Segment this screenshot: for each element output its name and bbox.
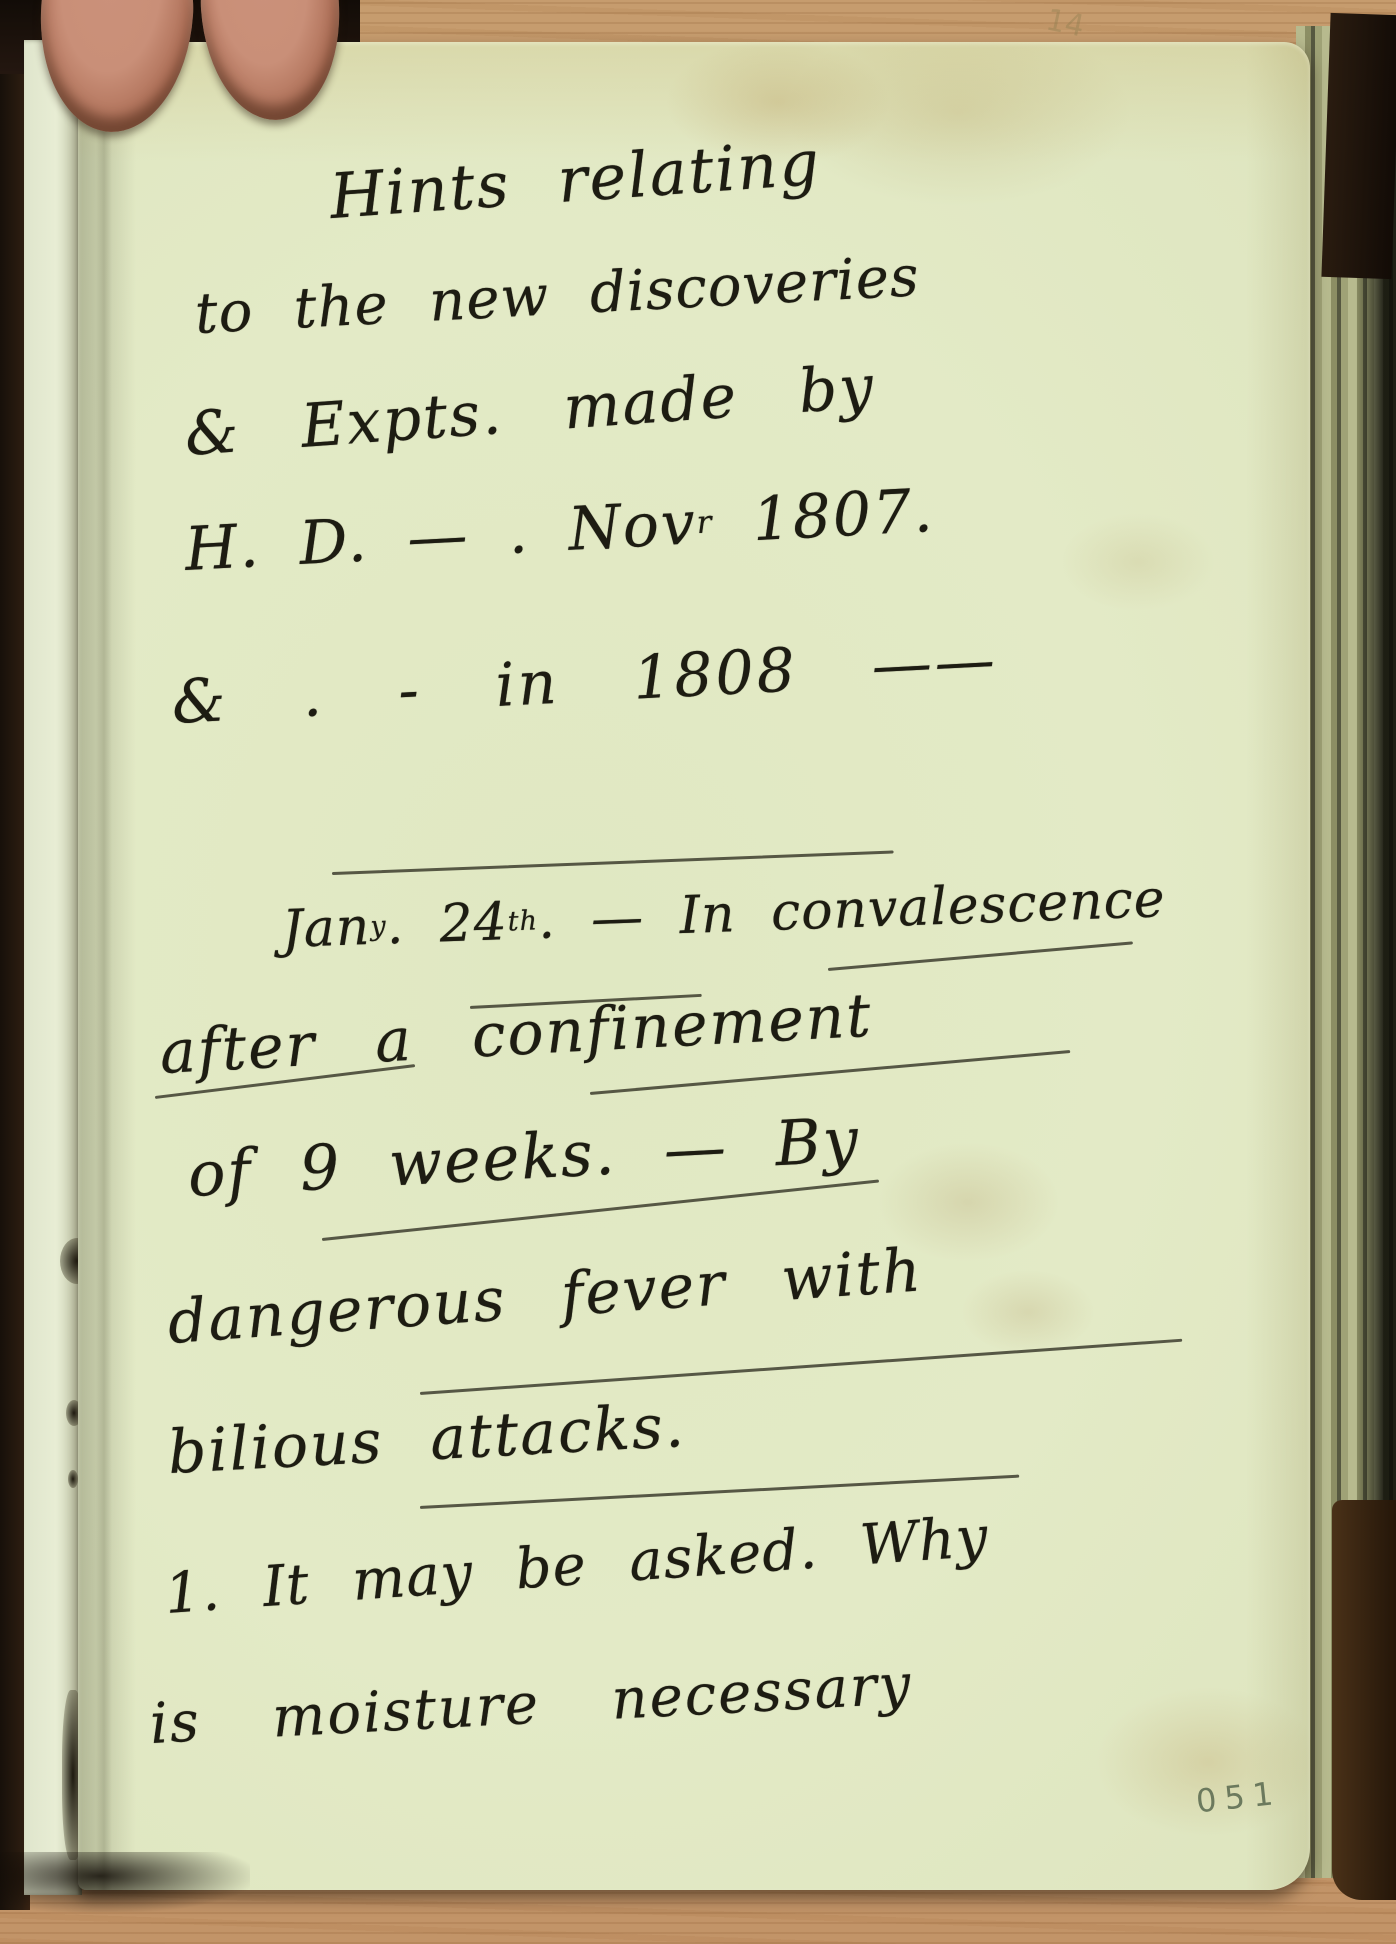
pencil-faint-mark: 14	[1043, 2, 1088, 44]
line-text: Jan	[281, 897, 371, 960]
page-crease	[96, 42, 112, 1890]
photograph-of-notebook-page: Hints relating to the new discoveries & …	[0, 0, 1396, 1944]
book-cover-bottom-right	[1332, 1500, 1396, 1900]
binding-tear	[68, 1470, 78, 1488]
superscript-th: th	[507, 905, 538, 937]
page-bottom-shadow	[0, 1852, 250, 1912]
line-text: 1807.	[712, 476, 936, 557]
line-text: . 24	[386, 892, 509, 956]
book-cover-top-right	[1321, 13, 1396, 279]
superscript-y: y	[370, 911, 387, 943]
binding-stub-page-edge	[24, 40, 82, 1895]
